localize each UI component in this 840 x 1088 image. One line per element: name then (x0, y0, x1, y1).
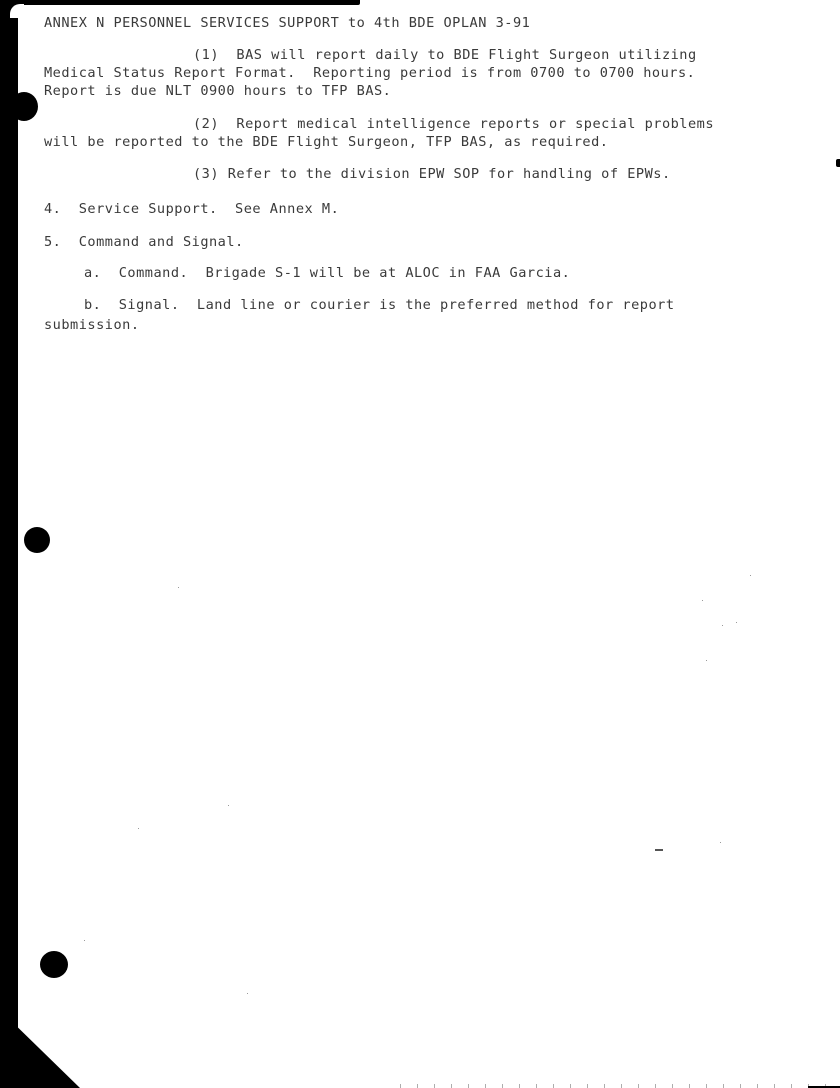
scan-speck (722, 625, 723, 626)
item-3-line-1: (3) Refer to the division EPW SOP for ha… (193, 166, 671, 183)
scan-speck (228, 805, 229, 806)
section-5-heading: 5. Command and Signal. (44, 234, 244, 251)
section-5b-line-2: submission. (44, 317, 140, 334)
scan-dash (655, 849, 663, 851)
section-5b-line-1: b. Signal. Land line or courier is the p… (84, 297, 675, 314)
scan-left-border (0, 0, 18, 1088)
item-2-line-1: (2) Report medical intelligence reports … (193, 116, 714, 133)
hole-punch-middle (24, 527, 50, 553)
item-1-line-3: Report is due NLT 0900 hours to TFP BAS. (44, 83, 391, 100)
scan-bottom-noise (400, 1084, 840, 1088)
scan-bottom-corner (0, 1010, 80, 1088)
section-4-heading: 4. Service Support. See Annex M. (44, 201, 339, 218)
item-1-line-1: (1) BAS will report daily to BDE Flight … (193, 47, 697, 64)
section-5a-line-1: a. Command. Brigade S-1 will be at ALOC … (84, 265, 570, 282)
item-1-line-2: Medical Status Report Format. Reporting … (44, 65, 695, 82)
scan-speck (706, 660, 707, 661)
scan-speck (750, 575, 751, 576)
scan-edge-mark (836, 159, 840, 167)
hole-punch-bottom (40, 951, 68, 978)
scan-speck (138, 828, 139, 829)
hole-punch-top (10, 92, 38, 121)
scan-speck (736, 622, 737, 623)
scan-speck (720, 842, 721, 843)
scan-top-edge (0, 0, 360, 5)
document-header: ANNEX N PERSONNEL SERVICES SUPPORT to 4t… (44, 15, 530, 32)
scan-speck (84, 940, 85, 941)
scan-speck (702, 600, 703, 601)
paper-corner (10, 4, 24, 18)
item-2-line-2: will be reported to the BDE Flight Surge… (44, 134, 608, 151)
scan-speck (247, 993, 248, 994)
scan-speck (178, 587, 179, 588)
